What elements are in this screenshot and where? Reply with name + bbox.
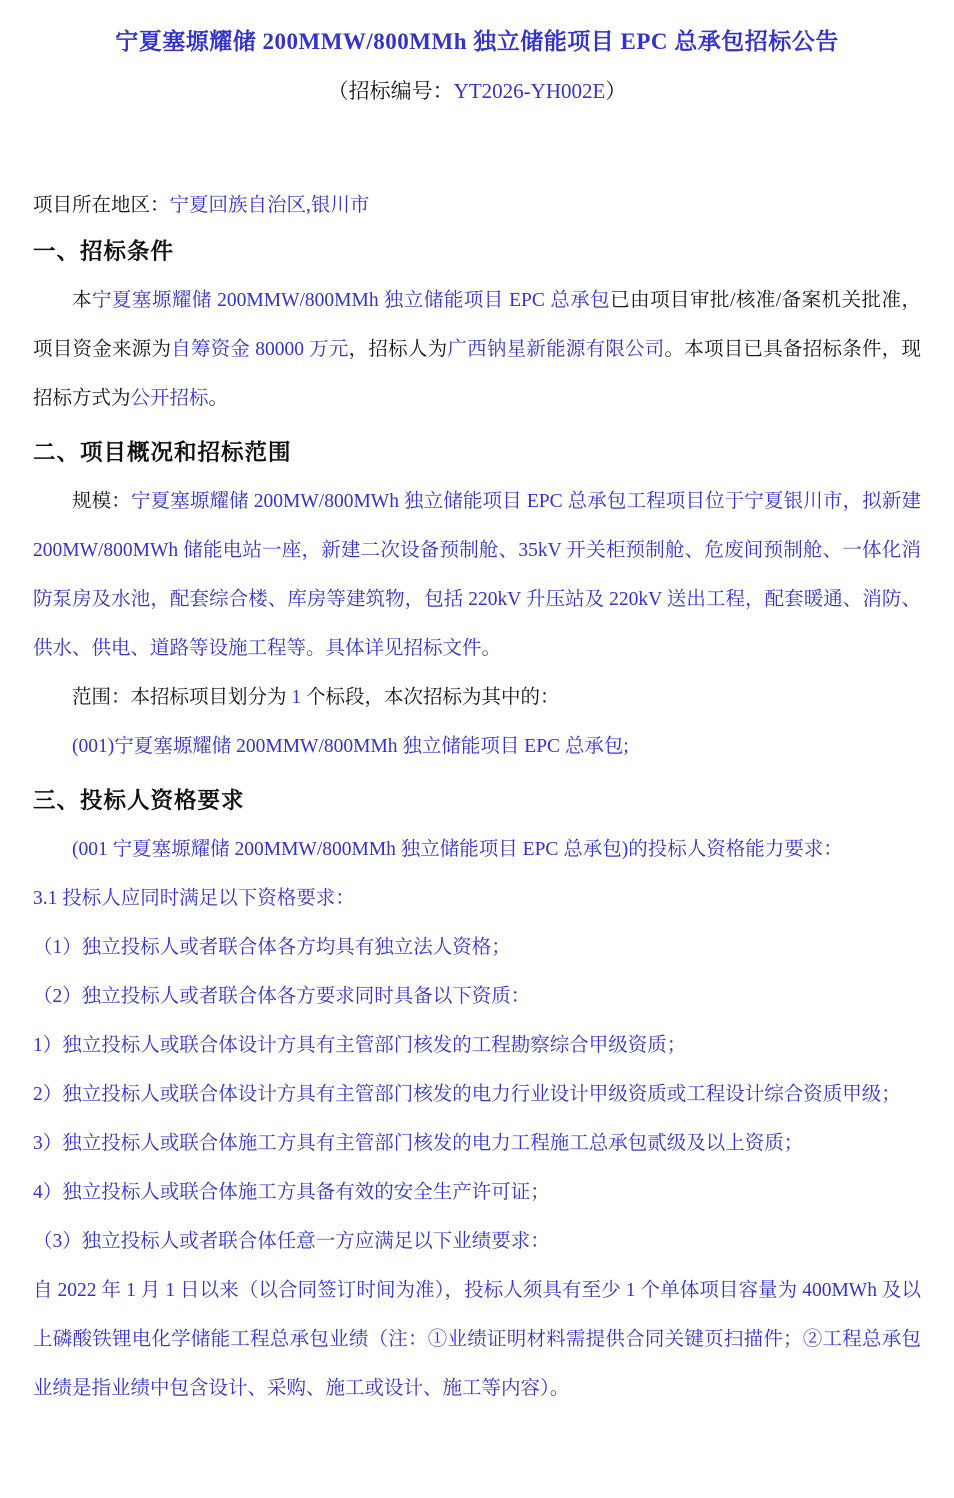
- qualification-subitem-safety-license: 4）独立投标人或联合体施工方具备有效的安全生产许可证；: [33, 1168, 921, 1217]
- tender-range-line: 范围：本招标项目划分为 1 个标段，本次招标为其中的：: [33, 673, 921, 722]
- tender-method: 公开招标: [131, 388, 209, 409]
- tender-conditions-paragraph: 本宁夏塞塬耀储 200MMW/800MMh 独立储能项目 EPC 总承包已由项目…: [33, 276, 921, 423]
- range-seg-a: 范围：本招标项目划分为: [72, 687, 291, 708]
- section-2-heading: 二、项目概况和招标范围: [33, 435, 921, 471]
- qualification-item-3-1: 3.1 投标人应同时满足以下资格要求：: [33, 874, 921, 923]
- qualification-item-3-performance: （3）独立投标人或者联合体任意一方应满足以下业绩要求：: [33, 1217, 921, 1266]
- qualification-item-2: （2）独立投标人或者联合体各方要求同时具备以下资质：: [33, 972, 921, 1021]
- lot-001-line: (001)宁夏塞塬耀储 200MMW/800MMh 独立储能项目 EPC 总承包…: [33, 722, 921, 771]
- section-3-heading: 三、投标人资格要求: [33, 783, 921, 819]
- project-scale-paragraph: 规模：宁夏塞塬耀储 200MW/800MWh 独立储能项目 EPC 总承包工程项…: [33, 477, 921, 673]
- funding-source: 自筹资金 80000 万元: [171, 339, 348, 360]
- subtitle-suffix: ）: [605, 79, 626, 103]
- p1-seg-e: ，招标人为: [349, 339, 448, 360]
- project-name: 宁夏塞塬耀储 200MMW/800MMh 独立储能项目 EPC 总承包: [92, 290, 610, 311]
- qualification-subitem-design-survey: 1）独立投标人或联合体设计方具有主管部门核发的工程勘察综合甲级资质；: [33, 1021, 921, 1070]
- performance-requirement-paragraph: 自 2022 年 1 月 1 日以来（以合同签订时间为准），投标人须具有至少 1…: [33, 1266, 921, 1413]
- p1-seg-i: 。: [209, 388, 229, 409]
- project-location-line: 项目所在地区：宁夏回族自治区,银川市: [33, 190, 921, 222]
- tenderee-name: 广西钠星新能源有限公司: [447, 339, 664, 360]
- section-1-heading: 一、招标条件: [33, 234, 921, 270]
- location-label: 项目所在地区：: [33, 195, 170, 216]
- tender-announcement-document: 宁夏塞塬耀储 200MMW/800MMh 独立储能项目 EPC 总承包招标公告 …: [0, 0, 954, 1498]
- tender-number: YT2026-YH002E: [454, 79, 606, 103]
- scale-label: 规模：: [72, 491, 131, 512]
- qualification-subitem-design-grade: 2）独立投标人或联合体设计方具有主管部门核发的电力行业设计甲级资质或工程设计综合…: [33, 1070, 921, 1119]
- location-value: 宁夏回族自治区,银川市: [170, 195, 370, 216]
- lot-count: 1: [291, 687, 301, 708]
- qualification-intro-line: (001 宁夏塞塬耀储 200MMW/800MMh 独立储能项目 EPC 总承包…: [33, 825, 921, 874]
- qualification-subitem-construction-grade: 3）独立投标人或联合体施工方具有主管部门核发的电力工程施工总承包贰级及以上资质；: [33, 1119, 921, 1168]
- document-title: 宁夏塞塬耀储 200MMW/800MMh 独立储能项目 EPC 总承包招标公告: [33, 24, 921, 60]
- range-seg-c: 个标段，本次招标为其中的：: [301, 687, 559, 708]
- document-subtitle: （招标编号：YT2026-YH002E）: [33, 74, 921, 108]
- scale-value: 宁夏塞塬耀储 200MW/800MWh 独立储能项目 EPC 总承包工程项目位于…: [33, 491, 921, 659]
- subtitle-prefix: （招标编号：: [328, 79, 454, 103]
- p1-seg-a: 本: [72, 290, 92, 311]
- qualification-item-1: （1）独立投标人或者联合体各方均具有独立法人资格；: [33, 923, 921, 972]
